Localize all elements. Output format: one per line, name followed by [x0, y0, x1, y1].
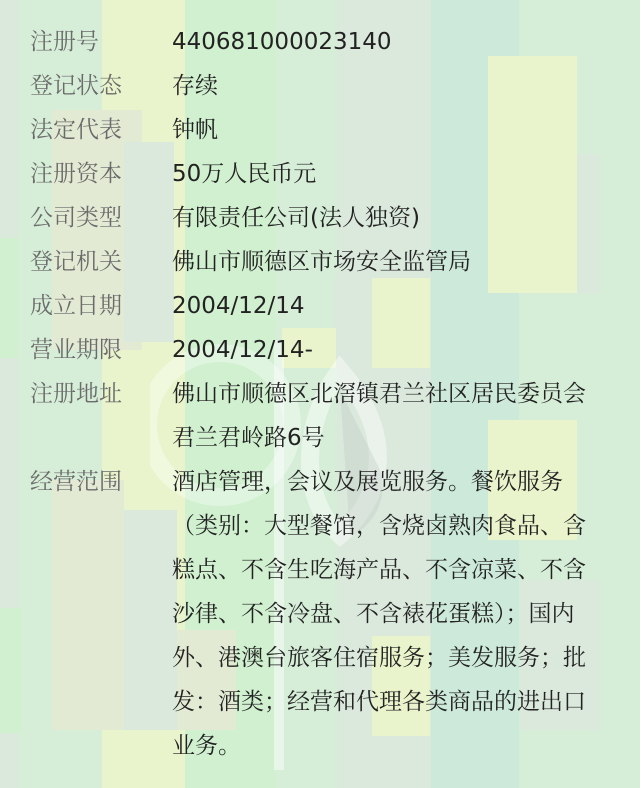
field-label: 登记机关 [30, 240, 150, 284]
field-label: 注册资本 [30, 152, 150, 196]
field-value: 50万人民币元 [172, 152, 592, 196]
field-label: 登记状态 [30, 64, 150, 108]
field-label: 注册地址 [30, 372, 150, 416]
field-label: 注册号 [30, 20, 150, 64]
field-value: 钟帆 [172, 108, 592, 152]
field-value: 有限责任公司(法人独资) [172, 196, 592, 240]
background-block [124, 510, 177, 730]
background-block [0, 608, 22, 733]
field-value: 佛山市顺德区市场安全监管局 [172, 240, 592, 284]
field-value: 440681000023140 [172, 20, 592, 64]
field-label: 公司类型 [30, 196, 150, 240]
field-value: 2004/12/14- [172, 328, 592, 372]
field-value: 存续 [172, 64, 592, 108]
field-value: 酒店管理，会议及展览服务。餐饮服务（类别：大型餐馆，含烧卤熟肉食品、含糕点、不含… [172, 460, 592, 768]
background-block [52, 480, 124, 730]
field-label: 成立日期 [30, 284, 150, 328]
field-value: 佛山市顺德区北滘镇君兰社区居民委员会君兰君岭路6号 [172, 372, 592, 460]
field-label: 经营范围 [30, 460, 150, 504]
field-label: 营业期限 [30, 328, 150, 372]
field-label: 法定代表 [30, 108, 150, 152]
field-value: 2004/12/14 [172, 284, 592, 328]
background-block [0, 238, 18, 358]
